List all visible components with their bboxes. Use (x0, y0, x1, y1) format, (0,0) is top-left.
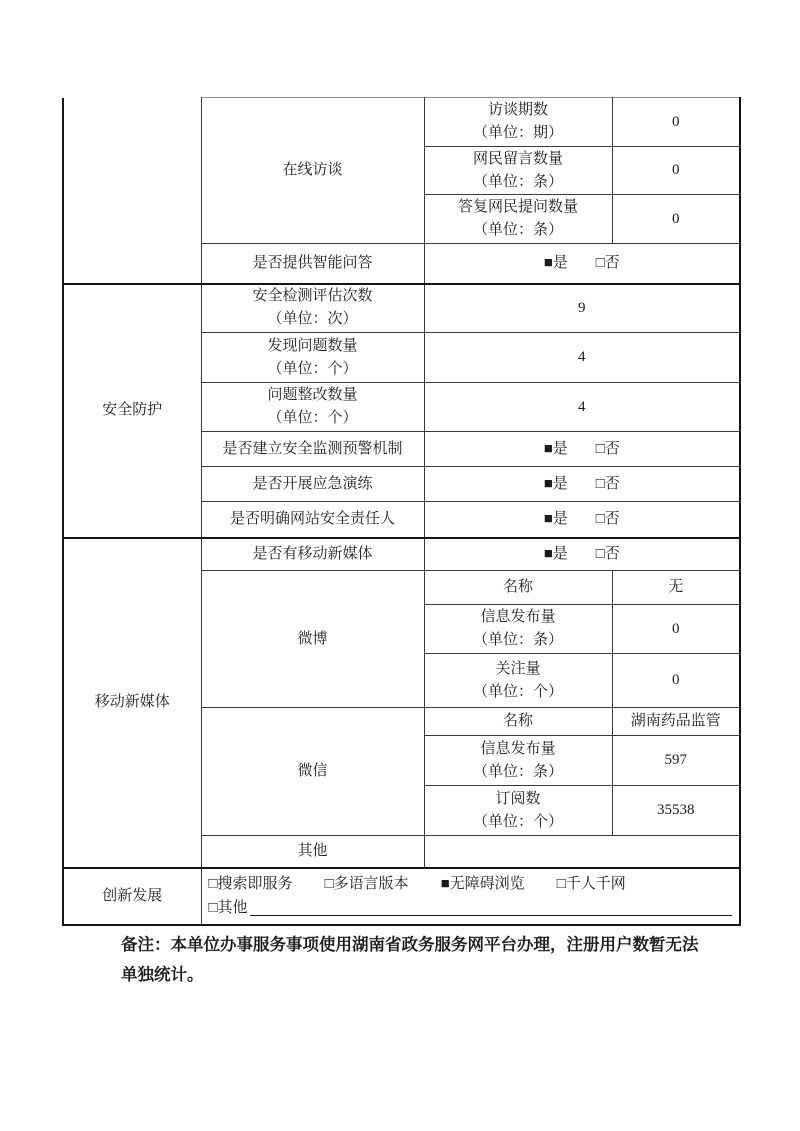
wechat-posts-unit: （单位：条） (425, 761, 612, 784)
section-label-security: 安全防护 (63, 284, 201, 538)
smart-qa-no-checkbox: □否 (596, 252, 620, 275)
interview-count-unit: （单位：期） (425, 122, 612, 145)
option-thousand-sites-checkbox: □千人千网 (557, 872, 626, 896)
wechat-subscribers-label: 订阅数 (425, 788, 612, 811)
footer-note-line2: 单独统计。 (121, 960, 721, 990)
problems-found-value: 4 (424, 333, 740, 383)
annual-report-table: 在线访谈 访谈期数 （单位：期） 0 网民留言数量 （单位：条） 0 答复网民提… (62, 97, 741, 926)
footer-note: 备注：本单位办事服务事项使用湖南省政务服务网平台办理，注册用户数暂无法 单独统计… (121, 930, 721, 990)
wechat-posts-label-cell: 信息发布量 （单位：条） (424, 736, 612, 786)
emergency-drill-answer-cell: ■是 □否 (424, 467, 740, 502)
problems-found-label-cell: 发现问题数量 （单位：个） (201, 333, 424, 383)
smart-qa-yes-checkbox: ■是 (544, 252, 568, 275)
has-new-media-no-checkbox: □否 (596, 543, 620, 566)
has-new-media-label: 是否有移动新媒体 (201, 538, 424, 571)
report-page: 在线访谈 访谈期数 （单位：期） 0 网民留言数量 （单位：条） 0 答复网民提… (0, 0, 800, 1131)
wechat-name-value: 湖南药品监管 (612, 708, 740, 736)
other-option-blank-line (250, 897, 732, 916)
online-interview-group-label: 在线访谈 (201, 98, 424, 244)
weibo-posts-unit: （单位：条） (425, 629, 612, 652)
problems-found-unit: （单位：个） (202, 358, 424, 381)
wechat-name-label: 名称 (424, 708, 612, 736)
weibo-posts-value: 0 (612, 605, 740, 654)
reply-question-label-cell: 答复网民提问数量 （单位：条） (424, 195, 612, 244)
weibo-followers-value: 0 (612, 654, 740, 708)
problems-fixed-label: 问题整改数量 (202, 384, 424, 407)
problems-fixed-unit: （单位：个） (202, 407, 424, 430)
section-label-mobile-media: 移动新媒体 (63, 538, 201, 868)
reply-question-label: 答复网民提问数量 (425, 196, 612, 219)
problems-found-label: 发现问题数量 (202, 335, 424, 358)
option-multilingual-checkbox: □多语言版本 (325, 872, 409, 896)
weibo-posts-label-cell: 信息发布量 （单位：条） (424, 605, 612, 654)
interview-count-value: 0 (612, 98, 740, 147)
other-media-value-cell (424, 836, 740, 868)
weibo-group-label: 微博 (201, 571, 424, 708)
weibo-followers-label: 关注量 (425, 658, 612, 681)
section-label-innovation: 创新发展 (63, 868, 201, 925)
has-new-media-answer-cell: ■是 □否 (424, 538, 740, 571)
reply-question-value: 0 (612, 195, 740, 244)
emergency-drill-yes-checkbox: ■是 (544, 473, 568, 496)
security-check-label-cell: 安全检测评估次数 （单位：次） (201, 284, 424, 333)
wechat-group-label: 微信 (201, 708, 424, 836)
security-officer-answer-cell: ■是 □否 (424, 502, 740, 538)
weibo-followers-unit: （单位：个） (425, 681, 612, 704)
option-search-as-service-checkbox: □搜索即服务 (209, 872, 293, 896)
option-accessibility-checkbox: ■无障碍浏览 (441, 872, 525, 896)
smart-qa-answer-cell: ■是 □否 (424, 244, 740, 284)
interview-count-label: 访谈期数 (425, 99, 612, 122)
wechat-subscribers-label-cell: 订阅数 （单位：个） (424, 786, 612, 836)
weibo-name-label: 名称 (424, 571, 612, 605)
problems-fixed-label-cell: 问题整改数量 （单位：个） (201, 383, 424, 432)
weibo-posts-label: 信息发布量 (425, 606, 612, 629)
security-check-label: 安全检测评估次数 (202, 285, 424, 308)
wechat-posts-label: 信息发布量 (425, 738, 612, 761)
security-officer-yes-checkbox: ■是 (544, 508, 568, 531)
netizen-message-label: 网民留言数量 (425, 148, 612, 171)
has-new-media-yes-checkbox: ■是 (544, 543, 568, 566)
security-officer-no-checkbox: □否 (596, 508, 620, 531)
category-cell-continued (63, 98, 201, 284)
netizen-message-unit: （单位：条） (425, 171, 612, 194)
footer-note-line1: 备注：本单位办事服务事项使用湖南省政务服务网平台办理，注册用户数暂无法 (121, 930, 721, 960)
option-other-checkbox: □其他 (209, 896, 248, 920)
warning-mechanism-label: 是否建立安全监测预警机制 (201, 432, 424, 467)
innovation-options-cell: □搜索即服务 □多语言版本 ■无障碍浏览 □千人千网 □其他 (201, 868, 740, 925)
other-media-label: 其他 (201, 836, 424, 868)
security-officer-label: 是否明确网站安全责任人 (201, 502, 424, 538)
wechat-subscribers-value: 35538 (612, 786, 740, 836)
warning-mechanism-answer-cell: ■是 □否 (424, 432, 740, 467)
weibo-name-value: 无 (612, 571, 740, 605)
emergency-drill-label: 是否开展应急演练 (201, 467, 424, 502)
weibo-followers-label-cell: 关注量 （单位：个） (424, 654, 612, 708)
smart-qa-label: 是否提供智能问答 (201, 244, 424, 284)
problems-fixed-value: 4 (424, 383, 740, 432)
netizen-message-label-cell: 网民留言数量 （单位：条） (424, 147, 612, 195)
wechat-posts-value: 597 (612, 736, 740, 786)
emergency-drill-no-checkbox: □否 (596, 473, 620, 496)
warning-mechanism-yes-checkbox: ■是 (544, 438, 568, 461)
reply-question-unit: （单位：条） (425, 219, 612, 242)
security-check-value: 9 (424, 284, 740, 333)
netizen-message-value: 0 (612, 147, 740, 195)
warning-mechanism-no-checkbox: □否 (596, 438, 620, 461)
interview-count-label-cell: 访谈期数 （单位：期） (424, 98, 612, 147)
security-check-unit: （单位：次） (202, 308, 424, 331)
wechat-subscribers-unit: （单位：个） (425, 811, 612, 834)
